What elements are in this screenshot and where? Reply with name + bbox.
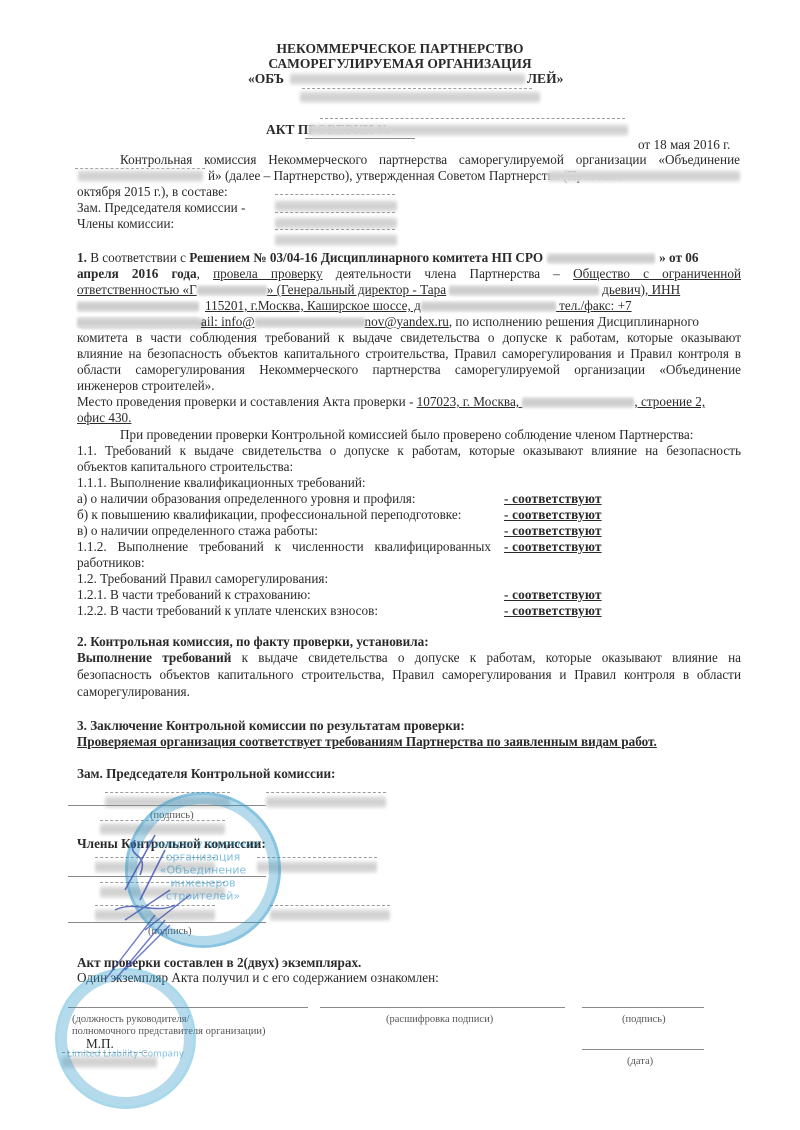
section3-heading: 3. Заключение Контрольной комиссии по ре… [77, 718, 465, 734]
members-label: Члены комиссии: [77, 216, 174, 232]
intro-line3: октября 2015 г.), в составе: [77, 184, 228, 200]
redacted-address [421, 301, 556, 312]
place-line: Место проведения проверки и составления … [77, 394, 741, 410]
inspection-performed: провела проверку [213, 266, 323, 281]
place-building: , строение 2, [634, 394, 705, 409]
section1-line5: ail: info@nov@yandex.ru, по исполнению р… [77, 314, 741, 330]
email-domain: nov@yandex.ru [365, 314, 449, 329]
company-stamp-text: Limited Liability Company [67, 1048, 184, 1061]
intro-line1: Контрольная комиссия Некоммерческого пар… [120, 152, 740, 168]
redacted-director-name [449, 285, 599, 296]
status-badge: - соответствуют [504, 507, 602, 523]
section1-line3: ответственностью «Г» (Генеральный директ… [77, 282, 741, 298]
redacted-email-prefix [77, 317, 199, 328]
redacted-member-name-2 [270, 909, 390, 921]
section1-line7: влияние на безопасность объектов капитал… [77, 346, 741, 362]
org-header: НЕКОММЕРЧЕСКОЕ ПАРТНЕРСТВО САМОРЕГУЛИРУЕ… [0, 41, 800, 71]
status-badge: - соответствуют [504, 491, 602, 507]
client-signature-label: (подпись) [622, 1012, 666, 1028]
section1-line1: 1. В соответствии с Решением № 03/04-16 … [77, 250, 742, 266]
decode-line [320, 1007, 565, 1008]
redacted-protocol [548, 170, 740, 182]
member1-dash [275, 212, 395, 213]
section1-line8: области саморегулирования Некоммерческог… [77, 362, 741, 378]
section1-line2: апреля 2016 года, провела проверку деяте… [77, 266, 741, 282]
member-dash [270, 905, 390, 906]
org-header-line3-end: ЛЕЙ» [527, 71, 563, 87]
company-stamp-text-1: Limited Liability Company [67, 1048, 184, 1061]
section2-text: к выдаче свидетельства о допуске к работ… [231, 650, 741, 665]
client-signature-line [582, 1007, 704, 1008]
company-stamp-icon: Limited Liability Company [55, 968, 196, 1109]
signature-scribble-icon [95, 820, 235, 980]
section1-text: В соответствии с [87, 250, 189, 265]
place-city: 107023, г. Москва, [417, 394, 523, 409]
section1-text-cont: , по исполнению решения Дисциплинарного [449, 314, 699, 329]
section1-line9: инженеров строителей». [77, 378, 215, 394]
inn-label: дьевич), ИНН [602, 282, 680, 297]
act-number-line [305, 138, 415, 139]
redacted-org-name-2 [78, 170, 203, 182]
deputy-heading: Зам. Председателя Контрольной комиссии: [77, 766, 335, 782]
place-office: офис 430. [77, 410, 131, 426]
company-name-start: ответственностью «Г [77, 282, 197, 297]
status-badge: - соответствуют [504, 587, 602, 603]
decision-date-2: апреля 2016 года [77, 266, 197, 281]
section1-number: 1. [77, 250, 87, 265]
redacted-deputy-fullname [266, 796, 386, 808]
redacted-company-name [197, 285, 267, 296]
decision-date: » от 06 [659, 250, 698, 265]
check-1-1-a: 1.1. Требований к выдаче свидетельства о… [77, 443, 741, 459]
redacted-member-2 [275, 234, 397, 246]
org-header-line2: САМОРЕГУЛИРУЕМАЯ ОРГАНИЗАЦИЯ [0, 56, 800, 71]
check-row-cont: работников: [77, 555, 145, 571]
date-line [582, 1049, 704, 1050]
checks-intro: При проведении проверки Контрольной коми… [120, 427, 693, 443]
section2-line2: безопасность объектов капитального строи… [77, 667, 741, 683]
phone-label: тел./факс: +7 [559, 298, 631, 313]
redacted-inn [77, 301, 199, 312]
redacted-deputy-name [275, 200, 397, 212]
deputy-label: Зам. Председателя комиссии - [77, 200, 245, 216]
member-activity: деятельности члена Партнерства – [323, 266, 574, 281]
section2-heading: 2. Контрольная комиссия, по факту провер… [77, 634, 429, 650]
check-1-1-1: 1.1.1. Выполнение квалификационных требо… [77, 475, 366, 491]
director-label: » (Генеральный директор - Тара [267, 282, 446, 297]
header-dash [302, 88, 532, 89]
deputy-name-dash [266, 792, 386, 793]
check-row: 1.1.2. Выполнение требований к численнос… [77, 539, 491, 555]
check-1-2: 1.2. Требований Правил саморегулирования… [77, 571, 328, 587]
act-date: от 18 мая 2016 г. [638, 137, 730, 153]
requirements-fulfilled: Выполнение требований [77, 650, 231, 665]
redacted-street [522, 397, 634, 408]
conclusion: Проверяемая организация соответствует тр… [77, 734, 657, 750]
company-address: 115201, г.Москва, Каширское шоссе, д [205, 298, 421, 313]
section2-line1: Выполнение требований к выдаче свидетель… [77, 650, 741, 666]
intro-dash [75, 168, 205, 169]
decision-reference: Решением № 03/04-16 Дисциплинарного коми… [189, 250, 543, 265]
redacted-member-1 [275, 217, 397, 229]
redacted-org-subtitle [300, 91, 540, 103]
status-badge: - соответствуют [504, 603, 602, 619]
redacted-email [255, 317, 365, 328]
deputy-dash [275, 194, 395, 195]
check-1-1-b: объектов капитального строительства: [77, 459, 293, 475]
redacted-sro-name [547, 253, 655, 264]
company-type: Общество с ограниченной [573, 266, 741, 281]
act-number-dash [320, 118, 625, 119]
decode-label: (расшифровка подписи) [386, 1012, 493, 1028]
member2-dash [275, 229, 395, 230]
redacted-org-name [290, 73, 525, 85]
section1-line6: комитета в части соблюдения требований к… [77, 330, 741, 346]
org-header-line1: НЕКОММЕРЧЕСКОЕ ПАРТНЕРСТВО [0, 41, 800, 56]
email-label: ail: info@ [201, 314, 255, 329]
section2-line3: саморегулирования. [77, 684, 190, 700]
status-badge: - соответствуют [504, 523, 602, 539]
comma: , [197, 266, 213, 281]
date-label: (дата) [627, 1054, 653, 1070]
status-badge: - соответствуют [504, 539, 602, 555]
place-label: Место проведения проверки и составления … [77, 394, 417, 409]
org-header-line3-start: «ОБЪ [248, 71, 284, 87]
redacted-act-number [308, 124, 628, 136]
